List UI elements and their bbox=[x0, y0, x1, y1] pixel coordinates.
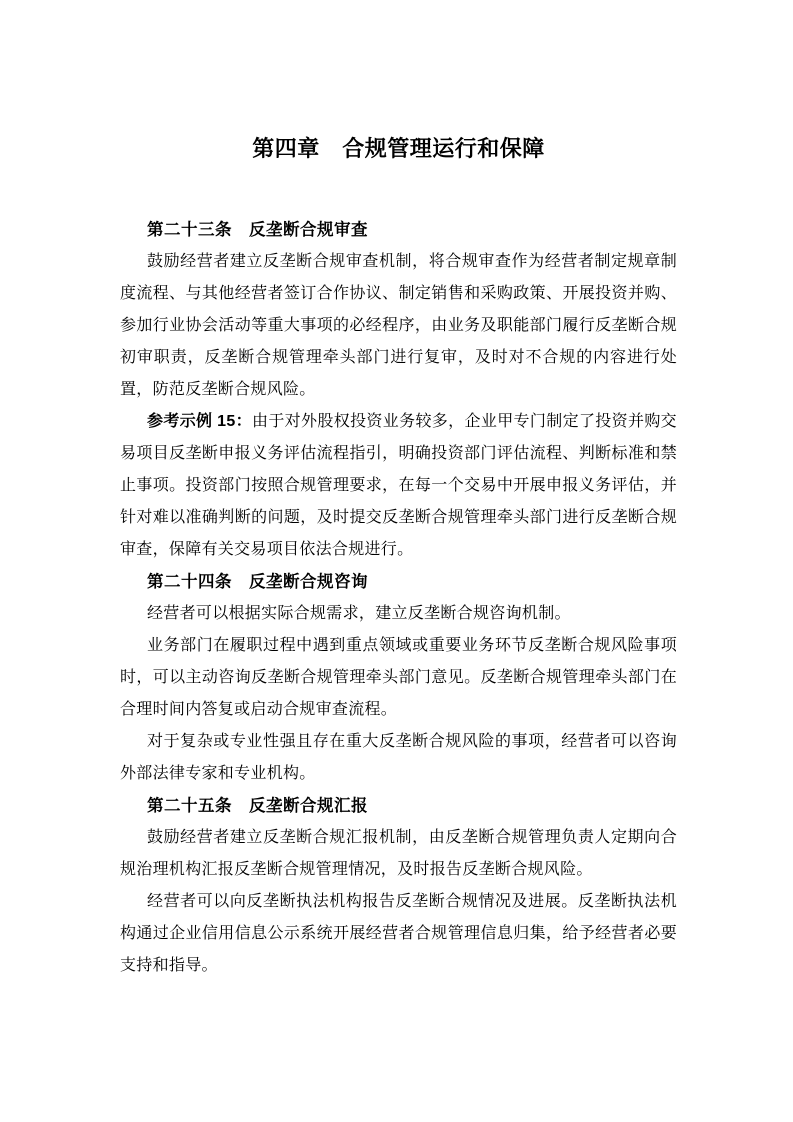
paragraph-article-23-body: 鼓励经营者建立反垄断合规审查机制，将合规审查作为经营者制定规章制度流程、与其他经… bbox=[120, 246, 677, 406]
section-heading-article-24: 第二十四条 反垄断合规咨询 bbox=[120, 566, 677, 598]
paragraph-article-25-body-2: 经营者可以向反垄断执法机构报告反垄断合规情况及进展。反垄断执法机构通过企业信用信… bbox=[120, 886, 677, 982]
document-page: 第四章 合规管理运行和保障 第二十三条 反垄断合规审查 鼓励经营者建立反垄断合规… bbox=[0, 0, 793, 1122]
paragraph-reference-example-15: 参考示例 15：由于对外股权投资业务较多，企业甲专门制定了投资并购交易项目反垄断… bbox=[120, 406, 677, 566]
section-heading-article-23: 第二十三条 反垄断合规审查 bbox=[120, 214, 677, 246]
paragraph-article-24-body-3: 对于复杂或专业性强且存在重大反垄断合规风险的事项，经营者可以咨询外部法律专家和专… bbox=[120, 726, 677, 790]
page-content: 第四章 合规管理运行和保障 第二十三条 反垄断合规审查 鼓励经营者建立反垄断合规… bbox=[120, 133, 677, 982]
chapter-title: 第四章 合规管理运行和保障 bbox=[120, 133, 677, 165]
paragraph-article-25-body-1: 鼓励经营者建立反垄断合规汇报机制，由反垄断合规管理负责人定期向合规治理机构汇报反… bbox=[120, 822, 677, 886]
section-heading-article-25: 第二十五条 反垄断合规汇报 bbox=[120, 790, 677, 822]
reference-example-text: 由于对外股权投资业务较多，企业甲专门制定了投资并购交易项目反垄断申报义务评估流程… bbox=[120, 413, 677, 558]
paragraph-article-24-body-2: 业务部门在履职过程中遇到重点领域或重要业务环节反垄断合规风险事项时，可以主动咨询… bbox=[120, 630, 677, 726]
paragraph-article-24-body-1: 经营者可以根据实际合规需求，建立反垄断合规咨询机制。 bbox=[120, 598, 677, 630]
reference-example-label: 参考示例 15： bbox=[147, 413, 252, 430]
